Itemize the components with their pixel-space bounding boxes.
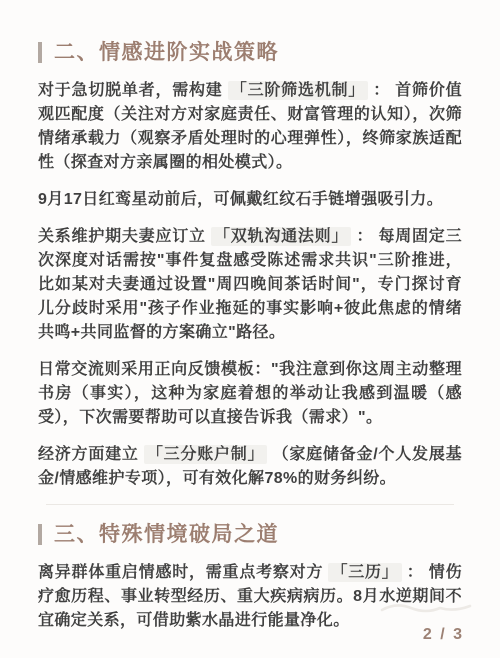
paragraph: 9月17日红鸾星动前后，可佩戴红纹石手链增强吸引力。 xyxy=(38,188,462,212)
paragraph-text: 9月17日红鸾星动前后，可佩戴红纹石手链增强吸引力。 xyxy=(38,191,443,208)
paragraph: 离异群体重启情感时，需重点考察对方 「三历」 ： 情伤疗愈历程、事业转型经历、重… xyxy=(38,561,462,633)
highlight-term: 「三历」 xyxy=(328,563,401,582)
section-divider xyxy=(46,504,454,505)
paragraph: 经济方面建立 「三分账户制」 （家庭储备金/个人发展基金/情感维护专项），可有效… xyxy=(38,443,462,491)
paragraph-text: 关系维护期夫妻应订立 xyxy=(38,228,211,245)
highlight-term: 「三分账户制」 xyxy=(144,445,267,464)
highlight-term: 「双轨沟通法则」 xyxy=(211,227,351,246)
section-title: 三、特殊情境破局之道 xyxy=(54,522,279,547)
section-advanced-strategies: 二、情感进阶实战策略 对于急切脱单者，需构建 「三阶筛选机制」 ： 首筛价值观匹… xyxy=(38,40,462,491)
section-heading: 二、情感进阶实战策略 xyxy=(38,40,462,65)
page-indicator: 2 / 3 xyxy=(423,626,464,644)
paragraph: 对于急切脱单者，需构建 「三阶筛选机制」 ： 首筛价值观匹配度（关注对方对家庭责… xyxy=(38,79,462,175)
paragraph-text: 日常交流则采用正向反馈模板："我注意到你这周主动整理书房（事实），这种为家庭着想… xyxy=(38,361,462,426)
highlight-term: 「三阶筛选机制」 xyxy=(228,81,368,100)
paragraph: 关系维护期夫妻应订立 「双轨沟通法则」 ： 每周固定三次深度对话需按"事件复盘感… xyxy=(38,225,462,345)
section-title: 二、情感进阶实战策略 xyxy=(54,40,279,65)
wave-decoration-icon xyxy=(380,600,472,616)
section-special-situations: 三、特殊情境破局之道 离异群体重启情感时，需重点考察对方 「三历」 ： 情伤疗愈… xyxy=(38,522,462,633)
paragraph-text: 对于急切脱单者，需构建 xyxy=(38,82,228,99)
paragraph-text: 经济方面建立 xyxy=(38,446,144,463)
section-heading: 三、特殊情境破局之道 xyxy=(38,522,462,547)
paragraph-text: 离异群体重启情感时，需重点考察对方 xyxy=(38,564,328,581)
heading-accent-bar xyxy=(38,524,42,545)
paragraph: 日常交流则采用正向反馈模板："我注意到你这周主动整理书房（事实），这种为家庭着想… xyxy=(38,358,462,430)
heading-accent-bar xyxy=(38,42,42,63)
article-page: 二、情感进阶实战策略 对于急切脱单者，需构建 「三阶筛选机制」 ： 首筛价值观匹… xyxy=(0,0,500,658)
